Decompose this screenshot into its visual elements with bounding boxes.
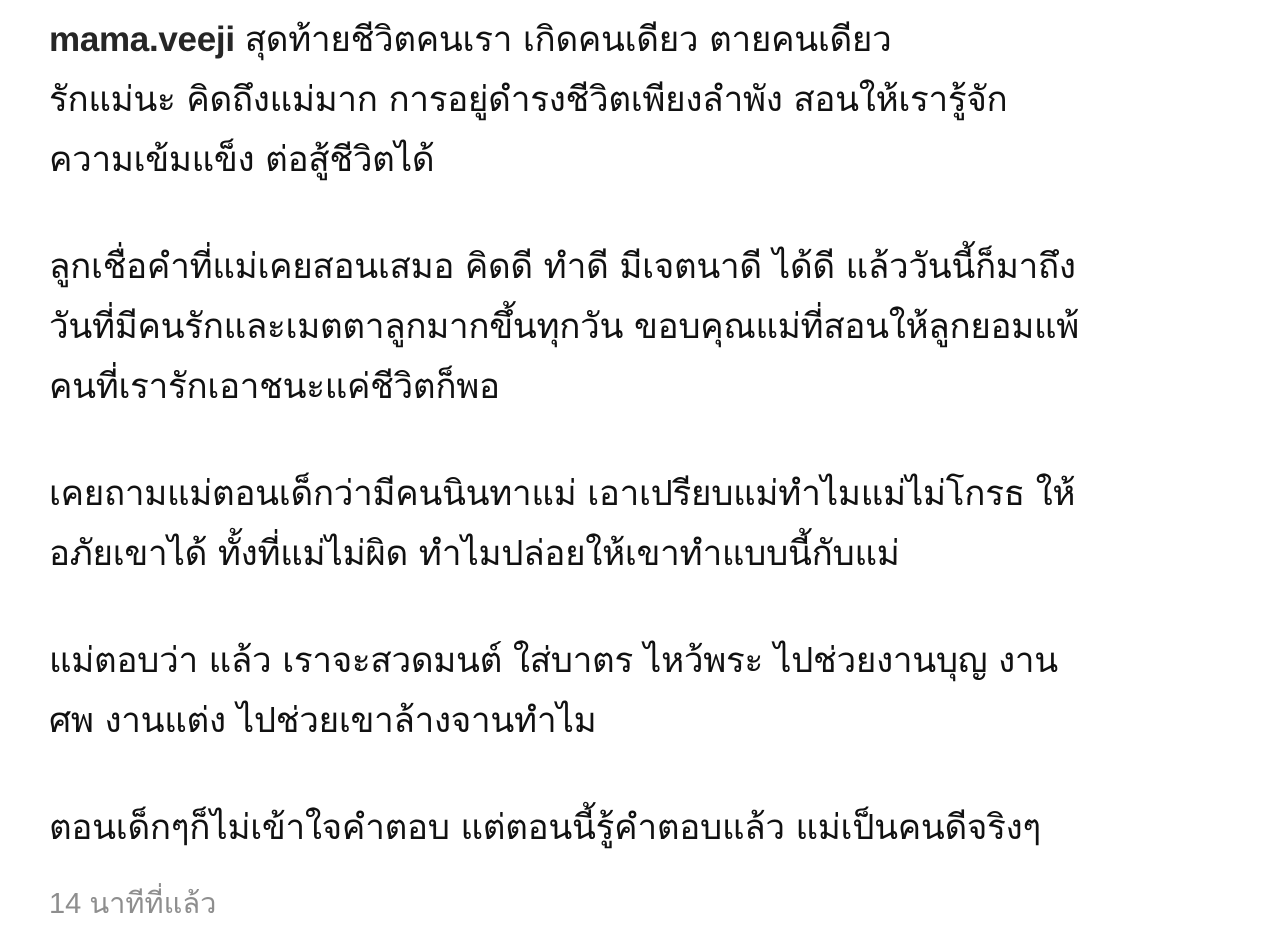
caption-line: ตอนเด็กๆก็ไม่เข้าใจคำตอบ แต่ตอนนี้รู้คำต… [49,798,1249,858]
caption-paragraph-5: ตอนเด็กๆก็ไม่เข้าใจคำตอบ แต่ตอนนี้รู้คำต… [49,798,1249,858]
caption-text: สุดท้ายชีวิตคนเรา เกิดคนเดียว ตายคนเดียว [245,20,892,60]
caption-line: เคยถามแม่ตอนเด็กว่ามีคนนินทาแม่ เอาเปรีย… [49,464,1249,524]
caption-paragraph-4: แม่ตอบว่า แล้ว เราจะสวดมนต์ ใส่บาตร ไหว้… [49,631,1249,751]
caption-paragraph-2: ลูกเชื่อคำที่แม่เคยสอนเสมอ คิดดี ทำดี มี… [49,237,1249,417]
caption-line: ความเข้มแข็ง ต่อสู้ชีวิตได้ [49,130,1249,190]
caption-line: mama.veejiสุดท้ายชีวิตคนเรา เกิดคนเดียว … [49,10,1249,70]
username-link[interactable]: mama.veeji [49,20,235,59]
caption-line: ลูกเชื่อคำที่แม่เคยสอนเสมอ คิดดี ทำดี มี… [49,237,1249,297]
caption-paragraph-3: เคยถามแม่ตอนเด็กว่ามีคนนินทาแม่ เอาเปรีย… [49,464,1249,584]
caption-line: คนที่เรารักเอาชนะแค่ชีวิตก็พอ [49,357,1249,417]
caption-line: วันที่มีคนรักและเมตตาลูกมากขึ้นทุกวัน ขอ… [49,297,1249,357]
caption-paragraph-1: mama.veejiสุดท้ายชีวิตคนเรา เกิดคนเดียว … [49,10,1249,190]
caption-line: อภัยเขาได้ ทั้งที่แม่ไม่ผิด ทำไมปล่อยให้… [49,524,1249,584]
caption-line: แม่ตอบว่า แล้ว เราจะสวดมนต์ ใส่บาตร ไหว้… [49,631,1249,691]
post-caption: mama.veejiสุดท้ายชีวิตคนเรา เกิดคนเดียว … [49,10,1249,858]
post-timestamp: 14 นาทีที่แล้ว [49,884,216,924]
caption-line: รักแม่นะ คิดถึงแม่มาก การอยู่ดำรงชีวิตเพ… [49,70,1249,130]
caption-line: ศพ งานแต่ง ไปช่วยเขาล้างจานทำไม [49,691,1249,751]
